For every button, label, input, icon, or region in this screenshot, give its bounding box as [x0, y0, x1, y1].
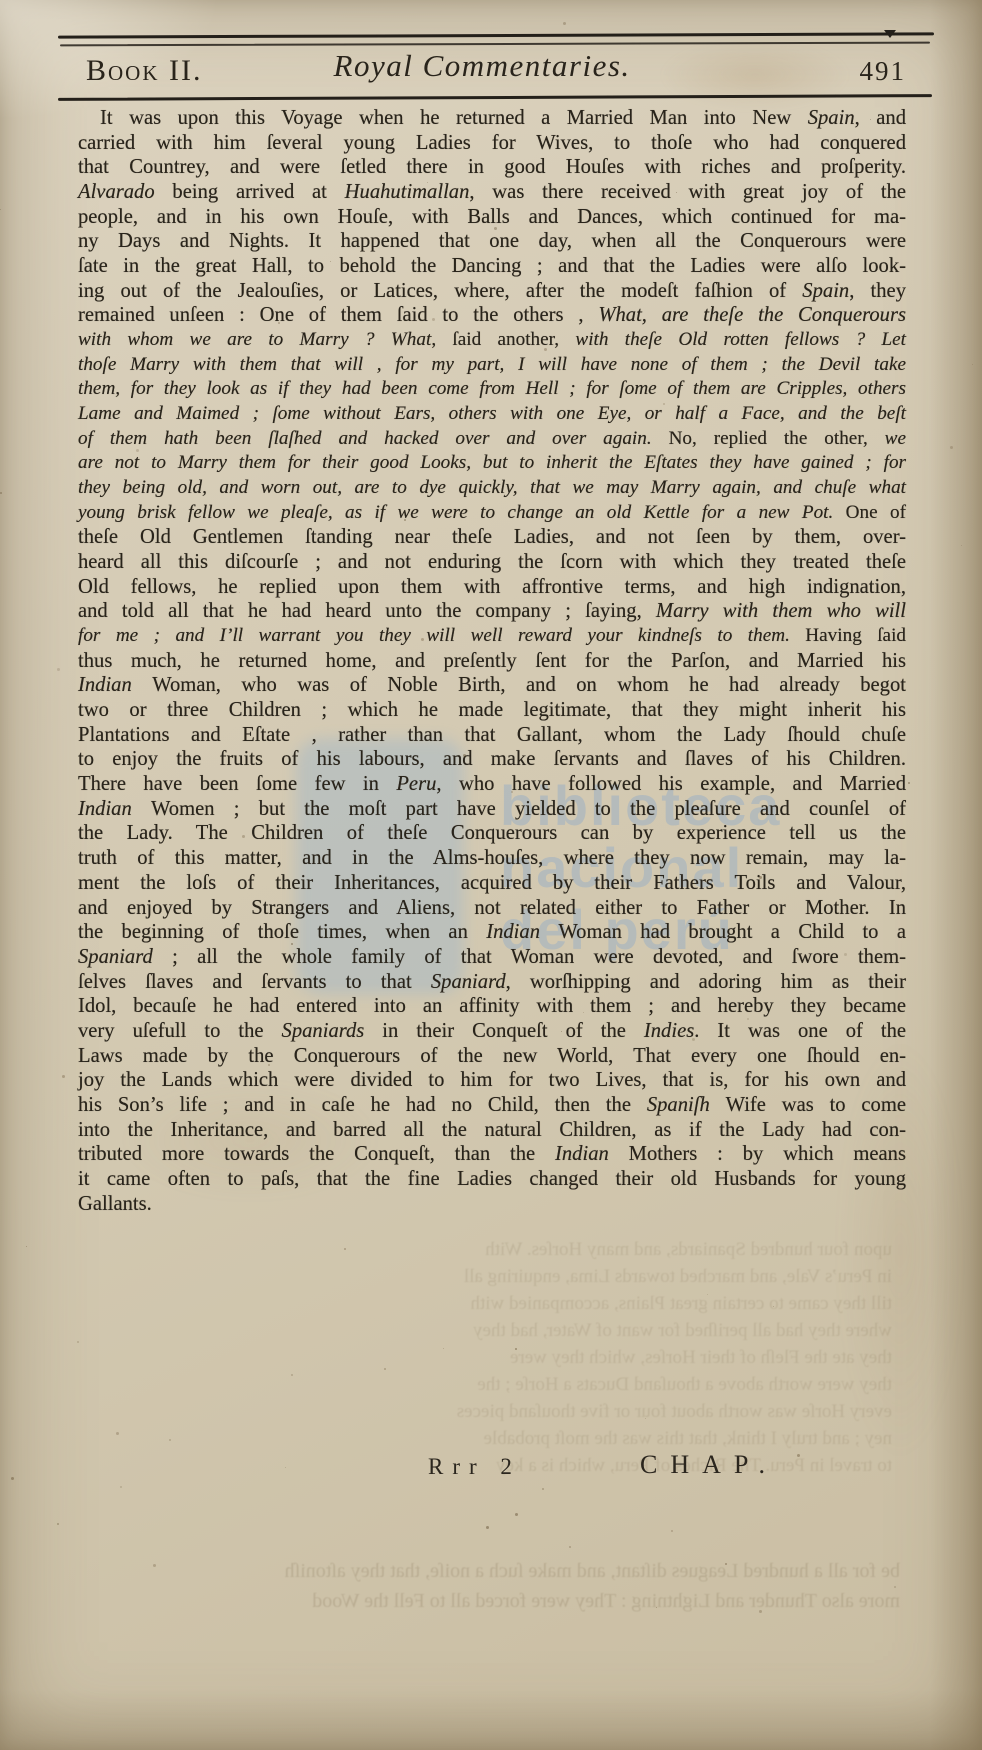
show-through-line: they ate the Fleſh of their Horſes, whic…: [92, 1344, 892, 1371]
italic-run: young brisk fellow we pleaſe, as if we w…: [78, 502, 846, 523]
show-through-line: they were worth above a thouſand Ducats …: [92, 1371, 892, 1398]
roman-run: Old fellows, he replied upon them with a…: [78, 576, 906, 598]
roman-run: and told all that he had heard unto the …: [78, 600, 656, 622]
paper-speck: [57, 668, 60, 671]
body-line: ſate in the great Hall, to behold the Da…: [78, 254, 906, 279]
italic-run: Peru: [396, 773, 436, 795]
roman-run: , they: [849, 280, 906, 302]
italic-run: them, for they look as if they had been …: [78, 378, 906, 399]
body-line: that Countrey, and were ſetled there in …: [78, 155, 906, 180]
body-line: Lame and Maimed ; ſome without Ears, oth…: [78, 402, 906, 427]
body-line: thus much, he returned home, and preſent…: [78, 649, 906, 674]
body-line: Indian Woman, who was of Noble Birth, an…: [78, 673, 906, 698]
roman-run: Plantations and Eſtate , rather than tha…: [78, 724, 906, 746]
running-header: Book II. Royal Commentaries. 491: [0, 48, 982, 94]
roman-run: very uſefull to the: [78, 1020, 282, 1042]
italic-run: we: [885, 428, 906, 449]
body-line: truth of this matter, and in the Alms-ho…: [78, 846, 906, 871]
body-line: people, and in his own Houſe, with Balls…: [78, 205, 906, 230]
roman-run: One of: [846, 502, 906, 523]
catchword: CHAP.: [640, 1450, 778, 1480]
italic-run: Indian: [555, 1143, 629, 1165]
body-line: the Lady. The Children of theſe Conquero…: [78, 821, 906, 846]
italic-run: Indian: [78, 674, 152, 696]
roman-run: people, and in his own Houſe, with Balls…: [78, 206, 906, 228]
show-through-line: where they had all periſhed for want of …: [92, 1317, 892, 1344]
paper-speck: [62, 1075, 65, 1078]
paper-speck: [77, 1341, 79, 1343]
page-footer: Rrr 2 CHAP.: [0, 1448, 982, 1488]
body-line: Old fellows, he replied upon them with a…: [78, 575, 906, 600]
body-line: Plantations and Eſtate , rather than tha…: [78, 723, 906, 748]
roman-run: it came often to paſs, that the fine Lad…: [78, 1168, 906, 1190]
body-line: remained unſeen : One of them ſaid to th…: [78, 303, 906, 328]
paper-speck: [671, 1530, 673, 1532]
body-line: Laws made by the Conquerours of the new …: [78, 1044, 906, 1069]
roman-run: tributed more towards the Conqueſt, than…: [78, 1143, 555, 1165]
body-line: ing out of the Jealouſies, or Latices, w…: [78, 279, 906, 304]
show-through-text: be for all a hundred Leagues diſtant, an…: [100, 1556, 900, 1616]
roman-run: two or three Children ; which he made le…: [78, 699, 906, 721]
roman-run: the Lady. The Children of theſe Conquero…: [78, 822, 906, 844]
body-line: for me ; and I’ll warrant you they will …: [78, 624, 906, 649]
body-line: thoſe Marry with them that will , for my…: [78, 353, 906, 378]
body-line: are not to Marry them for their good Loo…: [78, 451, 906, 476]
roman-run: ; all the whole family of that Woman wer…: [153, 946, 906, 968]
body-line: young brisk fellow we pleaſe, as if we w…: [78, 501, 906, 526]
roman-run: Woman, who was of Noble Birth, and on wh…: [152, 674, 906, 696]
italic-run: Spaniard: [431, 971, 506, 993]
rule-arrow-mark: [884, 30, 896, 38]
roman-run: ing out of the Jealouſies, or Latices, w…: [78, 280, 802, 302]
italic-run: with whom we are to Marry ? What: [78, 329, 431, 350]
body-line: his Son’s life ; and in caſe he had no C…: [78, 1093, 906, 1118]
body-line: and told all that he had heard unto the …: [78, 599, 906, 624]
body-line: carried with him ſeveral young Ladies fo…: [78, 131, 906, 156]
body-line: It was upon this Voyage when he returned…: [78, 106, 906, 131]
roman-run: carried with him ſeveral young Ladies fo…: [78, 132, 906, 154]
roman-run: No, replied the other,: [669, 428, 885, 449]
italic-run: Spain: [808, 107, 855, 129]
italic-run: they being old, and worn out, are to dye…: [78, 477, 906, 498]
body-line: ny Days and Nights. It happened that one…: [78, 229, 906, 254]
roman-run: ſate in the great Hall, to behold the Da…: [78, 255, 906, 277]
paper-speck: [26, 1246, 27, 1247]
roman-run: that Countrey, and were ſetled there in …: [78, 156, 906, 178]
book-label: Book II.: [86, 54, 203, 88]
italic-run: are not to Marry them for their good Loo…: [78, 452, 906, 473]
body-line: Alvarado being arrived at Huahutimallan,…: [78, 180, 906, 205]
roman-run: . It was one of the: [694, 1020, 906, 1042]
body-line: tributed more towards the Conqueſt, than…: [78, 1142, 906, 1167]
roman-run: Laws made by the Conquerours of the new …: [78, 1045, 906, 1067]
italic-run: Spaniards: [282, 1020, 365, 1042]
roman-run: joy the Lands which were divided to him …: [78, 1069, 906, 1091]
italic-run: Huahutimallan: [345, 181, 470, 203]
roman-run: to enjoy the fruits of his labours, and …: [78, 748, 906, 770]
roman-run: the beginning of thoſe times, when an: [78, 921, 486, 943]
paper-speck: [0, 492, 2, 494]
paper-speck: [563, 22, 566, 25]
show-through-line: every Horſe was worth about four or five…: [92, 1398, 892, 1425]
italic-run: Marry with them who will: [656, 600, 906, 622]
roman-run: It was upon this Voyage when he returned…: [100, 107, 808, 129]
show-through-line: upon four hundred Spaniards, and many Ho…: [92, 1236, 892, 1263]
roman-run: ny Days and Nights. It happened that one…: [78, 230, 906, 252]
roman-run: in their Conqueſt of the: [364, 1020, 644, 1042]
body-line: heard all this diſcourſe ; and not endur…: [78, 550, 906, 575]
roman-run: There have been ſome few in: [78, 773, 396, 795]
body-line: two or three Children ; which he made le…: [78, 698, 906, 723]
roman-run: Women ; but the moſt part have yielded t…: [151, 798, 906, 820]
signature-mark: Rrr 2: [428, 1454, 521, 1480]
paper-speck: [542, 1488, 544, 1490]
roman-run: theſe Old Gentlemen ſtanding near theſe …: [78, 526, 906, 548]
paper-speck: [57, 1523, 59, 1525]
roman-run: Woman had brought a Child to a: [558, 921, 906, 943]
paper-speck: [908, 782, 910, 784]
italic-run: Spain: [802, 280, 849, 302]
page-edge-shadow-bottom: [0, 1690, 982, 1750]
body-line: of them hath been ſlaſhed and hacked ove…: [78, 427, 906, 452]
roman-run: ment the loſs of their Inheritances, acq…: [78, 872, 906, 894]
roman-run: , was there received with great joy of t…: [469, 181, 906, 203]
show-through-line: till they came to certain great Plains, …: [92, 1290, 892, 1317]
body-line: with whom we are to Marry ? What, ſaid a…: [78, 328, 906, 353]
italic-run: Spaniard: [78, 946, 153, 968]
body-line: There have been ſome few in Peru, who ha…: [78, 772, 906, 797]
roman-run: Gallants.: [78, 1193, 152, 1215]
roman-run: and enjoyed by Strangers and Aliens, not…: [78, 897, 906, 919]
page-number: 491: [860, 56, 907, 87]
body-line: and enjoyed by Strangers and Aliens, not…: [78, 896, 906, 921]
italic-run: Indian: [78, 798, 151, 820]
roman-run: , ſaid another,: [431, 329, 575, 350]
body-line: ment the loſs of their Inheritances, acq…: [78, 871, 906, 896]
body-line: they being old, and worn out, are to dye…: [78, 476, 906, 501]
roman-run: , worſhipping and adoring him as their: [506, 971, 906, 993]
italic-run: What, are theſe the Conquerours: [598, 304, 906, 326]
paper-speck: [486, 1526, 489, 1529]
body-line: Indian Women ; but the moſt part have yi…: [78, 797, 906, 822]
body-line: Idol, becauſe he had entered into an aff…: [78, 994, 906, 1019]
paper-speck: [515, 1513, 518, 1516]
paper-speck: [569, 1546, 571, 1548]
roman-run: heard all this diſcourſe ; and not endur…: [78, 551, 906, 573]
italic-run: for me ; and I’ll warrant you they will …: [78, 625, 790, 646]
show-through-line: be for all a hundred Leagues diſtant, an…: [100, 1556, 900, 1586]
roman-run: into the Inheritance, and barred all the…: [78, 1119, 906, 1141]
roman-run: Idol, becauſe he had entered into an aff…: [78, 995, 906, 1017]
italic-run: with theſe Old rotten fellows ? Let: [575, 329, 906, 350]
body-line: to enjoy the fruits of his labours, and …: [78, 747, 906, 772]
italic-run: Lame and Maimed ; ſome without Ears, oth…: [78, 403, 906, 424]
show-through-text: upon four hundred Spaniards, and many Ho…: [92, 1236, 892, 1479]
body-line: into the Inheritance, and barred all the…: [78, 1118, 906, 1143]
roman-run: truth of this matter, and in the Alms-ho…: [78, 847, 906, 869]
italic-run: Indian: [486, 921, 558, 943]
show-through-line: in Peru’s Vale, and marched towards Lima…: [92, 1263, 892, 1290]
body-line: Spaniard ; all the whole family of that …: [78, 945, 906, 970]
body-line: ſelves ſlaves and ſervants to that Spani…: [78, 970, 906, 995]
body-line: it came often to paſs, that the fine Lad…: [78, 1167, 906, 1192]
italic-run: thoſe Marry with them that will , for my…: [78, 354, 906, 375]
italic-run: Alvarado: [78, 181, 172, 203]
page-title: Royal Commentaries.: [334, 48, 631, 84]
book-page: Book II. Royal Commentaries. 491 bibliot…: [0, 0, 982, 1750]
roman-run: being arrived at: [172, 181, 344, 203]
body-line: them, for they look as if they had been …: [78, 377, 906, 402]
italic-run: Indies: [644, 1020, 694, 1042]
roman-run: Wife was to come: [726, 1094, 906, 1116]
top-rule-thick: [58, 32, 934, 38]
body-text: It was upon this Voyage when he returned…: [78, 106, 906, 1216]
roman-run: ſelves ſlaves and ſervants to that: [78, 971, 431, 993]
roman-run: Mothers : by which means: [629, 1143, 906, 1165]
roman-run: , and: [855, 107, 906, 129]
roman-run: thus much, he returned home, and preſent…: [78, 650, 906, 672]
roman-run: Having ſaid: [790, 625, 906, 646]
roman-run: , who have followed his example, and Mar…: [436, 773, 906, 795]
italic-run: Spaniſh: [647, 1094, 726, 1116]
roman-run: remained unſeen : One of them ſaid to th…: [78, 304, 598, 326]
show-through-line: more also Thunder and Lightning : They w…: [100, 1586, 900, 1616]
paper-speck: [0, 209, 1, 210]
roman-run: his Son’s life ; and in caſe he had no C…: [78, 1094, 647, 1116]
body-line: Gallants.: [78, 1192, 906, 1217]
body-line: joy the Lands which were divided to him …: [78, 1068, 906, 1093]
body-line: the beginning of thoſe times, when an In…: [78, 920, 906, 945]
italic-run: of them hath been ſlaſhed and hacked ove…: [78, 428, 669, 449]
body-line: theſe Old Gentlemen ſtanding near theſe …: [78, 525, 906, 550]
body-line: very uſefull to the Spaniards in their C…: [78, 1019, 906, 1044]
